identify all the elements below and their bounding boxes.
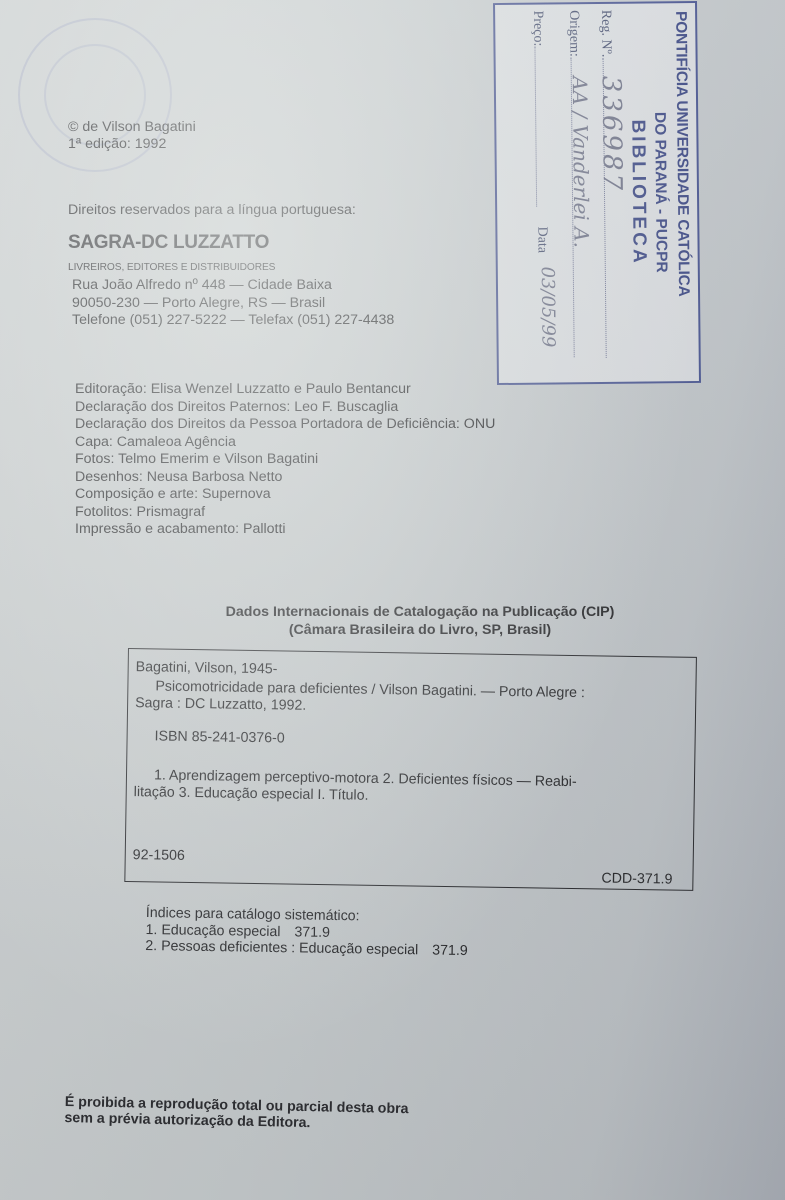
rights-statement: Direitos reservados para a língua portug… <box>68 202 356 219</box>
cip-title-line-2: Sagra : DC Luzzatto, 1992. <box>135 695 306 715</box>
publisher-subtitle: LIVREIROS, EDITORES E DISTRIBUIDORES <box>68 259 275 276</box>
stamp-reg-value: 336987 <box>596 76 627 194</box>
stamp-university: PONTIFÍCIA UNIVERSIDADE CATÓLICA <box>671 11 692 297</box>
credit-item: Declaração dos Direitos da Pessoa Portad… <box>75 416 495 434</box>
stamp-origem-label: Origem: <box>566 10 581 57</box>
cip-author: Bagatini, Vilson, 1945- <box>136 659 278 678</box>
stamp-preco-label: Preço: <box>530 11 545 47</box>
copyright-page: © de Vilson Bagatini 1ª edição: 1992 Dir… <box>0 0 785 1200</box>
index-item-value: 371.9 <box>294 924 330 941</box>
publisher-address-city: 90050-230 — Porto Alegre, RS — Brasil <box>72 295 325 312</box>
credit-item: Declaração dos Direitos Paternos: Leo F.… <box>75 399 495 417</box>
credit-item: Fotos: Telmo Emerim e Vilson Bagatini <box>75 451 495 469</box>
stamp-data-value: 03/05/99 <box>537 266 559 347</box>
cip-control-number: 92-1506 <box>133 847 185 865</box>
index-item-label: 2. Pessoas deficientes : Educação especi… <box>145 938 418 958</box>
stamp-university-sub: DO PARANÁ - PUCPR <box>649 3 671 381</box>
library-registration-stamp: PONTIFÍCIA UNIVERSIDADE CATÓLICA DO PARA… <box>493 1 701 385</box>
reproduction-notice: É proibida a reprodução total ou parcial… <box>64 1094 408 1133</box>
stamp-origem-value: AA / Vanderlei A. <box>568 76 594 248</box>
stamp-data-label: Data <box>534 227 549 254</box>
stamp-library: BIBLIOTECA <box>625 3 651 381</box>
systematic-index: Índices para catálogo sistemático: 1. Ed… <box>145 905 468 960</box>
copyright-line: © de Vilson Bagatini <box>68 119 196 136</box>
credit-item: Impressão e acabamento: Pallotti <box>75 521 495 539</box>
publisher-address-street: Rua João Alfredo nº 448 — Cidade Baixa <box>72 277 332 294</box>
credit-item: Capa: Camaleoa Agência <box>75 434 495 452</box>
cip-isbn: ISBN 85-241-0376-0 <box>154 728 284 747</box>
credit-item: Fotolitos: Prismagraf <box>75 504 495 522</box>
stamp-reg-label: Reg. Nº. <box>598 10 613 58</box>
credits-list: Editoração: Elisa Wenzel Luzzatto e Paul… <box>75 381 495 539</box>
stamp-content: PONTIFÍCIA UNIVERSIDADE CATÓLICA DO PARA… <box>495 3 699 383</box>
stamp-preco-field: Preço: <box>529 11 549 207</box>
stamp-data-field: Data <box>533 227 549 254</box>
cip-heading: Dados Internacionais de Catalogação na P… <box>140 603 700 621</box>
cip-subheading: (Câmara Brasileira do Livro, SP, Brasil) <box>140 621 700 639</box>
credit-item: Desenhos: Neusa Barbosa Netto <box>75 469 495 487</box>
index-item-label: 1. Educação especial <box>145 921 280 939</box>
publisher-phone: Telefone (051) 227-5222 — Telefax (051) … <box>72 312 394 329</box>
cip-catalog-card: Bagatini, Vilson, 1945- Psicomotricidade… <box>124 648 697 891</box>
cip-cdd: CDD-371.9 <box>601 870 672 888</box>
edition-line: 1ª edição: 1992 <box>68 136 166 153</box>
credit-item: Editoração: Elisa Wenzel Luzzatto e Paul… <box>75 381 495 399</box>
cip-subjects-line-2: litação 3. Educação especial I. Título. <box>134 784 369 805</box>
publisher-name: SAGRA-DC LUZZATTO <box>68 234 269 251</box>
index-item-value: 371.9 <box>432 943 468 960</box>
credit-item: Composição e arte: Supernova <box>75 486 495 504</box>
